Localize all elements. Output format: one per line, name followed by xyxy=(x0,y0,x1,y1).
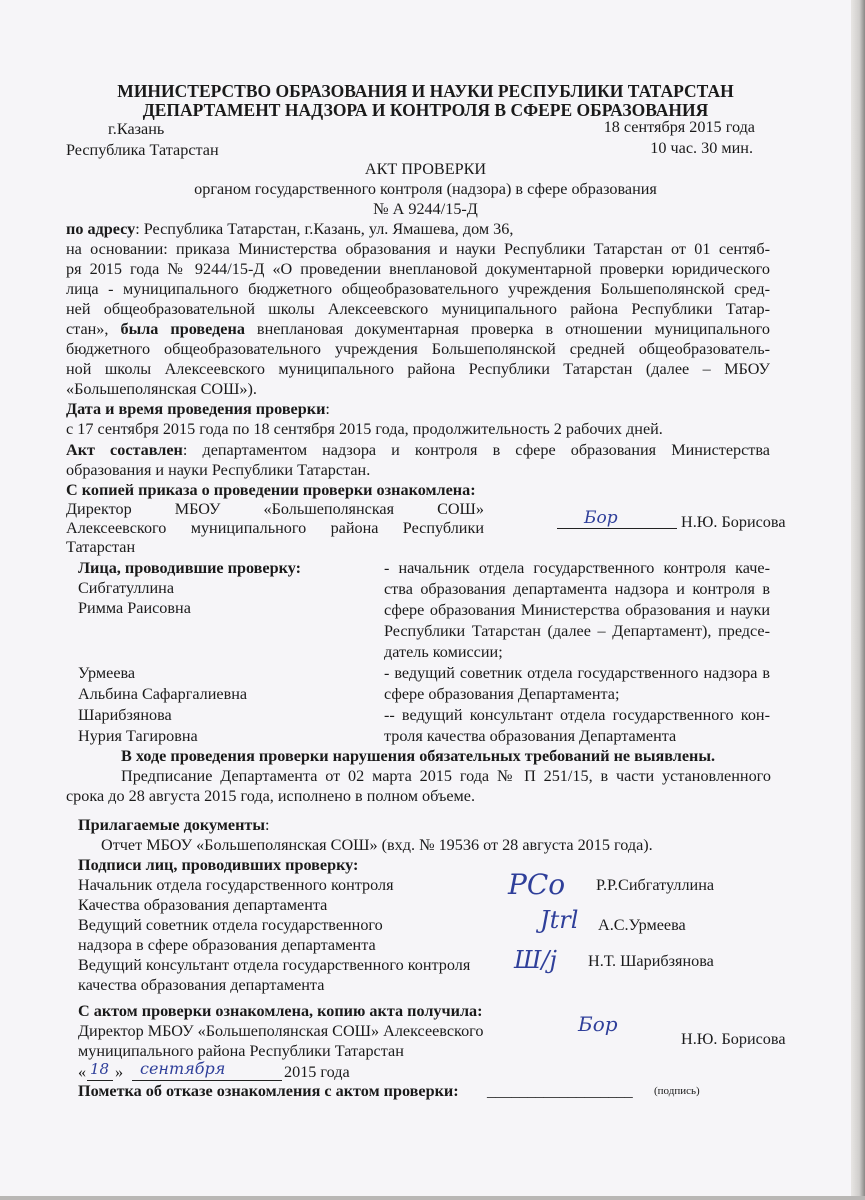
signatures-heading: Подписи лиц, проводивших проверку: xyxy=(78,856,358,875)
signer-3-name: Н.Т. Шарибзянова xyxy=(588,952,714,971)
date-year: 2015 года xyxy=(284,1063,350,1082)
basis-line-5-end: внеплановая документарная проверка в отн… xyxy=(245,320,770,338)
basis-line-2: ря 2015 года № 9244/15-Д «О проведении в… xyxy=(66,260,770,279)
month-underline xyxy=(132,1080,282,1081)
act-title: АКТ ПРОВЕРКИ xyxy=(0,160,851,179)
inspector-3-role-2: троля качества образования Департамента xyxy=(384,727,676,746)
inspector-1-surname: Сибгатуллина xyxy=(78,579,174,598)
acknowledgement-date: « xyxy=(78,1063,86,1082)
region: Республика Татарстан xyxy=(66,141,219,160)
prescription-line-1: Предписание Департамента от 02 марта 201… xyxy=(121,767,771,786)
inspector-1-role-5: датель комиссии; xyxy=(384,643,503,662)
act-subtitle: органом государственного контроля (надзо… xyxy=(0,180,851,199)
signer-1-signature: РСо xyxy=(508,868,565,901)
inspector-2-role-2: сфере образования Департамента; xyxy=(384,685,619,704)
acknowledgement-name: Н.Ю. Борисова xyxy=(681,1030,786,1049)
date-month: сентября xyxy=(140,1059,225,1078)
day-underline xyxy=(87,1080,113,1081)
inspector-3-role-1: -- ведущий консультант отдела государств… xyxy=(384,706,770,725)
basis-line-5: стан», была проведена внеплановая докуме… xyxy=(66,320,770,339)
director-signature: Бор xyxy=(584,508,618,528)
signer-2-line-1: Ведущий советник отдела государственного xyxy=(78,916,383,935)
inspector-1-role-3: сфере образования Министерства образован… xyxy=(384,601,770,620)
act-number: № А 9244/15-Д xyxy=(0,200,851,219)
period-value: с 17 сентября 2015 года по 18 сентября 2… xyxy=(66,420,663,439)
inspector-1-name: Римма Раисовна xyxy=(78,599,191,618)
refusal-hint: (подпись) xyxy=(654,1082,700,1101)
basis-line-6: бюджетного общеобразовательного учрежден… xyxy=(66,340,770,359)
prescription-line-2: срока до 28 августа 2015 года, исполнено… xyxy=(66,787,475,806)
period-colon: : xyxy=(325,400,330,418)
inspector-3-name: Нурия Тагировна xyxy=(78,727,198,746)
inspectors-heading: Лица, проводившие проверку: xyxy=(78,559,301,578)
refusal-blank: __________________ xyxy=(487,1082,633,1101)
order-copy-heading: С копией приказа о проведении проверки о… xyxy=(66,481,476,500)
signature-line xyxy=(557,528,677,529)
scan-edge-bottom xyxy=(0,1196,865,1200)
signer-2-name: А.С.Урмеева xyxy=(598,916,686,935)
document-page: МИНИСТЕРСТВО ОБРАЗОВАНИЯ И НАУКИ РЕСПУБЛ… xyxy=(0,0,851,1196)
inspector-1-role-2: ства образования департамента надзора и … xyxy=(384,580,770,599)
inspector-2-surname: Урмеева xyxy=(78,664,135,683)
date-close-quote: » xyxy=(115,1063,123,1082)
address-value: : Республика Татарстан, г.Казань, ул. Ям… xyxy=(135,220,513,238)
signer-3-signature: Ш/ј xyxy=(514,946,557,974)
attachment-item: Отчет МБОУ «Большеполянская СОШ» (вхд. №… xyxy=(101,836,653,855)
signer-3-line-2: качества образования департамента xyxy=(78,976,324,995)
period-label: Дата и время проведения проверки xyxy=(66,400,325,418)
city: г.Казань xyxy=(108,120,164,139)
attachments-label: Прилагаемые документы xyxy=(78,816,265,834)
acknowledgement-signature: Бор xyxy=(578,1012,618,1036)
signer-3-line-1: Ведущий консультант отдела государственн… xyxy=(78,956,470,975)
finding-statement: В ходе проведения проверки нарушения обя… xyxy=(121,747,715,766)
basis-line-5-bold: была проведена xyxy=(120,320,244,338)
refusal-label: Пометка об отказе ознакомления с актом п… xyxy=(78,1082,459,1101)
scan-edge-right xyxy=(851,0,865,1200)
inspector-1-role-1: - начальник отдела государственного конт… xyxy=(384,559,770,578)
inspector-1-role-4: Республики Татарстан (далее – Департамен… xyxy=(384,622,770,641)
basis-line-5-start: стан», xyxy=(66,320,120,338)
period-heading: Дата и время проведения проверки: xyxy=(66,400,330,419)
compiled-by-label: Акт составлен xyxy=(66,441,183,459)
order-copy-line-2: Алексеевского муниципального района Респ… xyxy=(66,519,484,538)
director-name: Н.Ю. Борисова xyxy=(681,513,786,532)
signer-1-line-1: Начальник отдела государственного контро… xyxy=(78,876,394,895)
act-time: 10 час. 30 мин. xyxy=(650,139,753,158)
date-open-quote: « xyxy=(78,1063,86,1081)
inspector-2-role-1: - ведущий советник отдела государственно… xyxy=(384,664,770,683)
attachments-heading: Прилагаемые документы: xyxy=(78,816,270,835)
acknowledgement-line-1: Директор МБОУ «Большеполянская СОШ» Алек… xyxy=(78,1022,484,1041)
basis-line-7: ной школы Алексеевского муниципального р… xyxy=(66,360,770,379)
signer-1-name: Р.Р.Сибгатуллина xyxy=(596,876,714,895)
inspector-3-surname: Шарибзянова xyxy=(78,706,172,725)
acknowledgement-line-2: муниципального района Республики Татарст… xyxy=(78,1042,404,1061)
acknowledgement-heading: С актом проверки ознакомлена, копию акта… xyxy=(78,1002,483,1021)
basis-line-3: лица - муниципального бюджетного общеобр… xyxy=(66,280,770,299)
order-copy-line-1: Директор МБОУ «Большеполянская СОШ» xyxy=(66,500,484,519)
address-label: по адресу xyxy=(66,220,135,238)
compiled-by-line-2: образования и науки Республики Татарстан… xyxy=(66,461,370,480)
basis-line-4: ней общеобразовательной школы Алексеевск… xyxy=(66,300,770,319)
compiled-by-line-1: Акт составлен: департаментом надзора и к… xyxy=(66,441,770,460)
order-copy-line-3: Татарстан xyxy=(66,538,135,557)
signer-2-signature: Jtrl xyxy=(540,906,578,934)
ministry-heading: МИНИСТЕРСТВО ОБРАЗОВАНИЯ И НАУКИ РЕСПУБЛ… xyxy=(0,82,851,101)
compiled-by-text: : департаментом надзора и контроля в сфе… xyxy=(183,441,770,459)
inspector-2-name: Альбина Сафаргалиевна xyxy=(78,685,247,704)
basis-line-8: «Большеполянская СОШ»). xyxy=(66,380,257,399)
signer-2-line-2: надзора в сфере образования департамента xyxy=(78,936,376,955)
date-day: 18 xyxy=(90,1060,109,1078)
signer-1-line-2: Качества образования департамента xyxy=(78,896,327,915)
act-date: 18 сентября 2015 года xyxy=(604,118,755,137)
basis-line-1: на основании: приказа Министерства образ… xyxy=(66,240,770,259)
address: по адресу: Республика Татарстан, г.Казан… xyxy=(66,220,513,239)
attachments-colon: : xyxy=(265,816,270,834)
